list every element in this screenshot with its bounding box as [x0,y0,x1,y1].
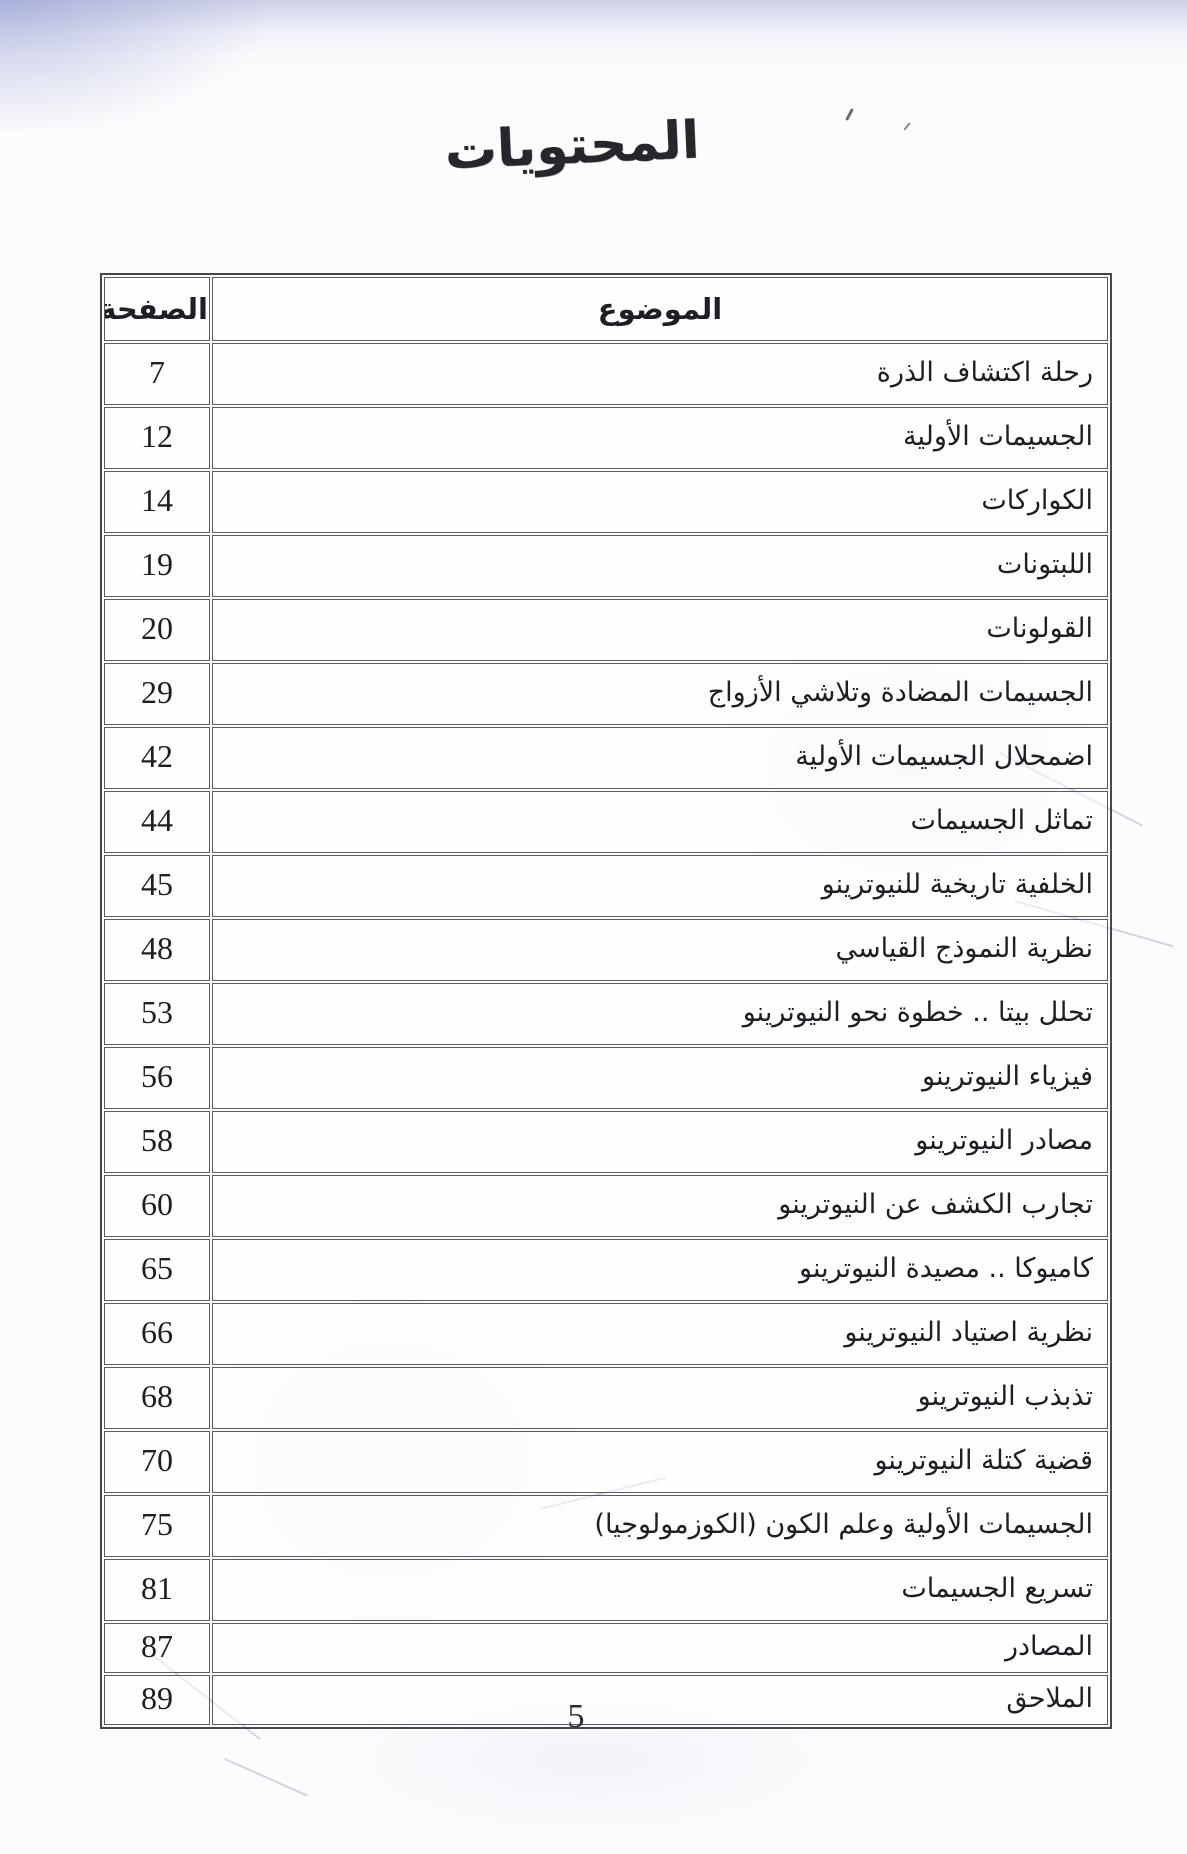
toc-row: الخلفية تاريخية للنيوترينو 45 [104,855,1108,917]
toc-row: تماثل الجسيمات 44 [104,791,1108,853]
toc-row: القولونات 20 [104,599,1108,661]
toc-page-cell: 20 [104,599,210,661]
toc-topic-cell: اللبتونات [212,535,1108,597]
scanned-book-page: المحتويات الموضوع الصفحة رحلة اكتشاف الذ… [0,0,1187,1854]
toc-topic-cell: الملاحق [212,1675,1108,1725]
toc-page-cell: 87 [104,1623,210,1673]
toc-page-cell: 42 [104,727,210,789]
toc-table: الموضوع الصفحة رحلة اكتشاف الذرة 7 الجسي… [100,273,1112,1729]
toc-page-cell: 89 [104,1675,210,1725]
toc-row: مصادر النيوترينو 58 [104,1111,1108,1173]
toc-topic-cell: الجسيمات الأولية [212,407,1108,469]
toc-page-cell: 68 [104,1367,210,1429]
scan-edge-shading-corner [0,0,260,130]
toc-table-body: رحلة اكتشاف الذرة 7 الجسيمات الأولية 12 … [104,343,1108,1725]
toc-page-cell: 29 [104,663,210,725]
toc-topic-cell: تجارب الكشف عن النيوترينو [212,1175,1108,1237]
toc-row: رحلة اكتشاف الذرة 7 [104,343,1108,405]
scan-edge-shading-top [0,0,1187,78]
toc-row: الملاحق 89 [104,1675,1108,1725]
toc-row: الجسيمات الأولية 12 [104,407,1108,469]
toc-row: الجسيمات المضادة وتلاشي الأزواج 29 [104,663,1108,725]
toc-page-cell: 65 [104,1239,210,1301]
toc-page-cell: 81 [104,1559,210,1621]
toc-topic-cell: تسريع الجسيمات [212,1559,1108,1621]
toc-topic-cell: قضية كتلة النيوترينو [212,1431,1108,1493]
toc-topic-cell: نظرية اصتياد النيوترينو [212,1303,1108,1365]
toc-page-cell: 60 [104,1175,210,1237]
toc-row: اللبتونات 19 [104,535,1108,597]
toc-page-cell: 44 [104,791,210,853]
toc-row: المصادر 87 [104,1623,1108,1673]
toc-page-cell: 75 [104,1495,210,1557]
toc-topic-cell: المصادر [212,1623,1108,1673]
toc-topic-cell: رحلة اكتشاف الذرة [212,343,1108,405]
scan-ink-speck [903,122,910,130]
toc-header-page: الصفحة [104,277,210,341]
toc-topic-cell: نظرية النموذج القياسي [212,919,1108,981]
toc-topic-cell: القولونات [212,599,1108,661]
toc-topic-cell: اضمحلال الجسيمات الأولية [212,727,1108,789]
toc-page-cell: 12 [104,407,210,469]
toc-page-cell: 53 [104,983,210,1045]
toc-topic-cell: الجسيمات المضادة وتلاشي الأزواج [212,663,1108,725]
toc-row: كاميوكا .. مصيدة النيوترينو 65 [104,1239,1108,1301]
footer-page-number: 5 [568,1698,585,1736]
toc-topic-cell: فيزياء النيوترينو [212,1047,1108,1109]
toc-row: الجسيمات الأولية وعلم الكون (الكوزمولوجي… [104,1495,1108,1557]
toc-topic-cell: تحلل بيتا .. خطوة نحو النيوترينو [212,983,1108,1045]
toc-page-cell: 58 [104,1111,210,1173]
toc-page-cell: 66 [104,1303,210,1365]
scan-ink-speck [845,108,854,121]
toc-page-cell: 14 [104,471,210,533]
toc-topic-cell: تماثل الجسيمات [212,791,1108,853]
toc-page-cell: 48 [104,919,210,981]
toc-row: قضية كتلة النيوترينو 70 [104,1431,1108,1493]
toc-header-topic: الموضوع [212,277,1108,341]
toc-topic-cell: مصادر النيوترينو [212,1111,1108,1173]
toc-row: نظرية النموذج القياسي 48 [104,919,1108,981]
toc-topic-cell: الجسيمات الأولية وعلم الكون (الكوزمولوجي… [212,1495,1108,1557]
scan-scratch-line [225,1758,308,1796]
toc-page-cell: 19 [104,535,210,597]
toc-topic-cell: تذبذب النيوترينو [212,1367,1108,1429]
contents-title: المحتويات [443,110,700,181]
toc-header-row: الموضوع الصفحة [104,277,1108,341]
toc-topic-cell: الخلفية تاريخية للنيوترينو [212,855,1108,917]
toc-page-cell: 45 [104,855,210,917]
toc-row: تسريع الجسيمات 81 [104,1559,1108,1621]
toc-row: تذبذب النيوترينو 68 [104,1367,1108,1429]
toc-row: تحلل بيتا .. خطوة نحو النيوترينو 53 [104,983,1108,1045]
toc-page-cell: 70 [104,1431,210,1493]
toc-row: الكواركات 14 [104,471,1108,533]
toc-topic-cell: الكواركات [212,471,1108,533]
toc-row: اضمحلال الجسيمات الأولية 42 [104,727,1108,789]
toc-row: تجارب الكشف عن النيوترينو 60 [104,1175,1108,1237]
toc-topic-cell: كاميوكا .. مصيدة النيوترينو [212,1239,1108,1301]
toc-row: فيزياء النيوترينو 56 [104,1047,1108,1109]
toc-page-cell: 56 [104,1047,210,1109]
toc-row: نظرية اصتياد النيوترينو 66 [104,1303,1108,1365]
toc-page-cell: 7 [104,343,210,405]
